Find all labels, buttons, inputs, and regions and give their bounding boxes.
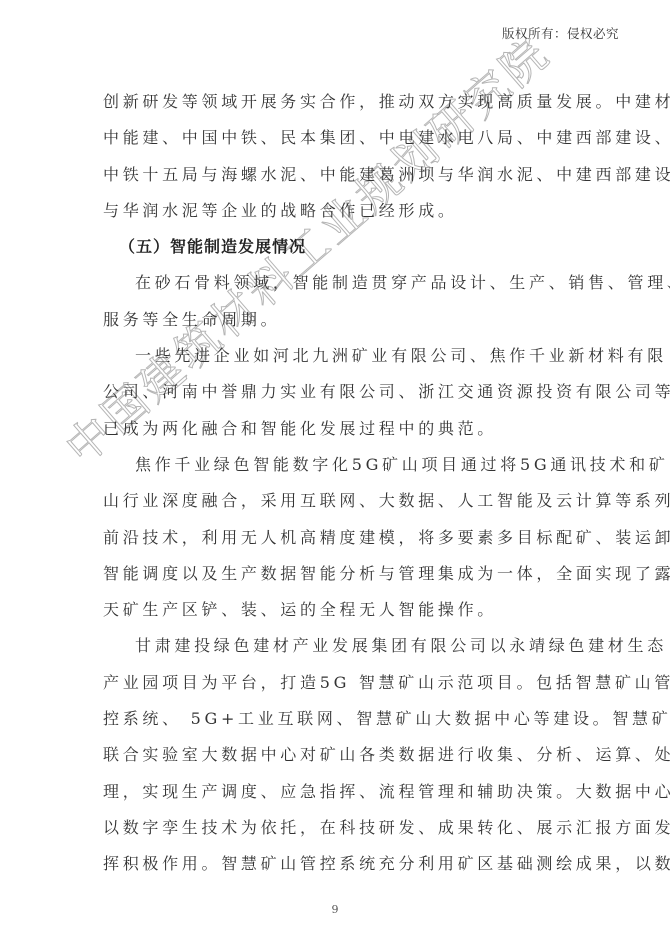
text-line: 智能调度以及生产数据智能分析与管理集成为一体，全面实现了露 <box>103 556 570 592</box>
text-line: 山行业深度融合，采用互联网、大数据、人工智能及云计算等系列 <box>103 483 570 519</box>
text-line: 控系统、 5G+工业互联网、智慧矿山大数据中心等建设。智慧矿山 <box>103 701 570 737</box>
paragraph-jiaozuo-5g: 焦作千业绿色智能数字化5G矿山项目通过将5G通讯技术和矿 山行业深度融合，采用互… <box>103 447 570 628</box>
text-line: 已成为两化融合和智能化发展过程中的典范。 <box>103 411 570 447</box>
text-line: 中能建、中国中铁、民本集团、中电建水电八局、中建西部建设、 <box>103 120 570 156</box>
text-line: 服务等全生命周期。 <box>103 302 570 338</box>
paragraph-lifecycle: 在砂石骨料领域，智能制造贯穿产品设计、生产、销售、管理、 服务等全生命周期。 <box>103 265 570 338</box>
copyright-header: 版权所有：侵权必究 <box>502 24 619 42</box>
text-line: 以数字孪生技术为依托，在科技研发、成果转化、展示汇报方面发 <box>103 810 570 846</box>
paragraph-cooperation: 创新研发等领域开展务实合作，推动双方实现高质量发展。中建材 中能建、中国中铁、民… <box>103 84 570 229</box>
text-line: 前沿技术，利用无人机高精度建模，将多要素多目标配矿、装运卸 <box>103 520 570 556</box>
text-line: 产业园项目为平台，打造5G 智慧矿山示范项目。包括智慧矿山管 <box>103 665 570 701</box>
text-line: 一些先进企业如河北九洲矿业有限公司、焦作千业新材料有限 <box>103 338 570 374</box>
text-line: 公司、河南中誉鼎力实业有限公司、浙江交通资源投资有限公司等 <box>103 374 570 410</box>
text-line: 焦作千业绿色智能数字化5G矿山项目通过将5G通讯技术和矿 <box>103 447 570 483</box>
paragraph-gansu-smart-mine: 甘肃建投绿色建材产业发展集团有限公司以永靖绿色建材生态 产业园项目为平台，打造5… <box>103 628 570 882</box>
section-heading: （五）智能制造发展情况 <box>103 229 570 265</box>
paragraph-leading-firms: 一些先进企业如河北九洲矿业有限公司、焦作千业新材料有限 公司、河南中誉鼎力实业有… <box>103 338 570 447</box>
text-line: 理，实现生产调度、应急指挥、流程管理和辅助决策。大数据中心 <box>103 774 570 810</box>
text-line: 天矿生产区铲、装、运的全程无人智能操作。 <box>103 592 570 628</box>
text-line: 联合实验室大数据中心对矿山各类数据进行收集、分析、运算、处 <box>103 737 570 773</box>
text-line: 创新研发等领域开展务实合作，推动双方实现高质量发展。中建材 <box>103 84 570 120</box>
text-line: 在砂石骨料领域，智能制造贯穿产品设计、生产、销售、管理、 <box>103 265 570 301</box>
document-body: 创新研发等领域开展务实合作，推动双方实现高质量发展。中建材 中能建、中国中铁、民… <box>103 84 570 883</box>
text-line: 中铁十五局与海螺水泥、中能建葛洲坝与华润水泥、中建西部建设 <box>103 157 570 193</box>
text-line: 挥积极作用。智慧矿山管控系统充分利用矿区基础测绘成果，以数 <box>103 846 570 882</box>
text-line: 甘肃建投绿色建材产业发展集团有限公司以永靖绿色建材生态 <box>103 628 570 664</box>
text-line: 与华润水泥等企业的战略合作已经形成。 <box>103 193 570 229</box>
page-number: 9 <box>0 903 670 916</box>
